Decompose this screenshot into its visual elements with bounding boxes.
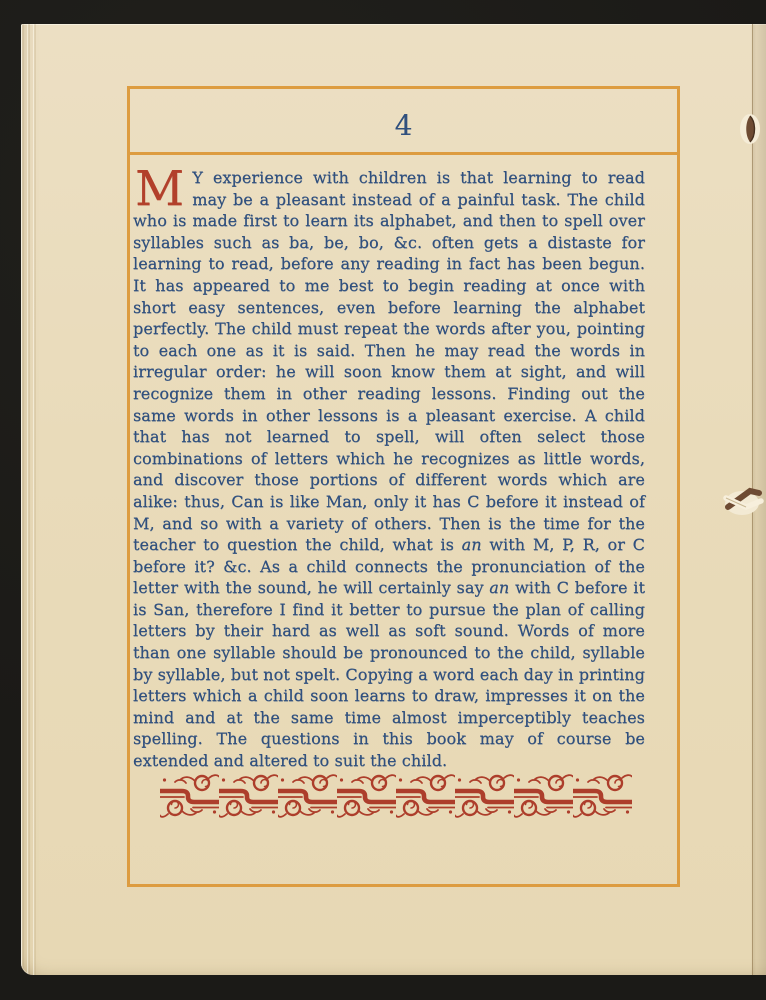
- body-text-segment: with C before it is San, therefore I fin…: [133, 578, 645, 770]
- page-number: 4: [130, 111, 677, 141]
- scan-backdrop: 4 MY experience with children is that le…: [0, 0, 766, 1000]
- body-text-segment-italic: an: [462, 535, 482, 554]
- body-paragraph: MY experience with children is that lear…: [133, 167, 645, 772]
- binding-stitch-middle-icon: [719, 480, 765, 522]
- body-text-segment-italic: an: [489, 578, 509, 597]
- header-rule: [130, 152, 677, 155]
- binding-stitch-top-icon: [731, 107, 766, 151]
- book-page: 4 MY experience with children is that le…: [21, 24, 766, 975]
- body-text-segment: Y experience with children is that learn…: [133, 168, 645, 554]
- page-edge-stack: [21, 24, 39, 975]
- scroll-frieze-svg: [160, 773, 632, 819]
- drop-cap-initial: M: [133, 167, 192, 209]
- ornamental-border-frame: 4 MY experience with children is that le…: [127, 86, 680, 887]
- scroll-frieze-ornament: [160, 773, 632, 819]
